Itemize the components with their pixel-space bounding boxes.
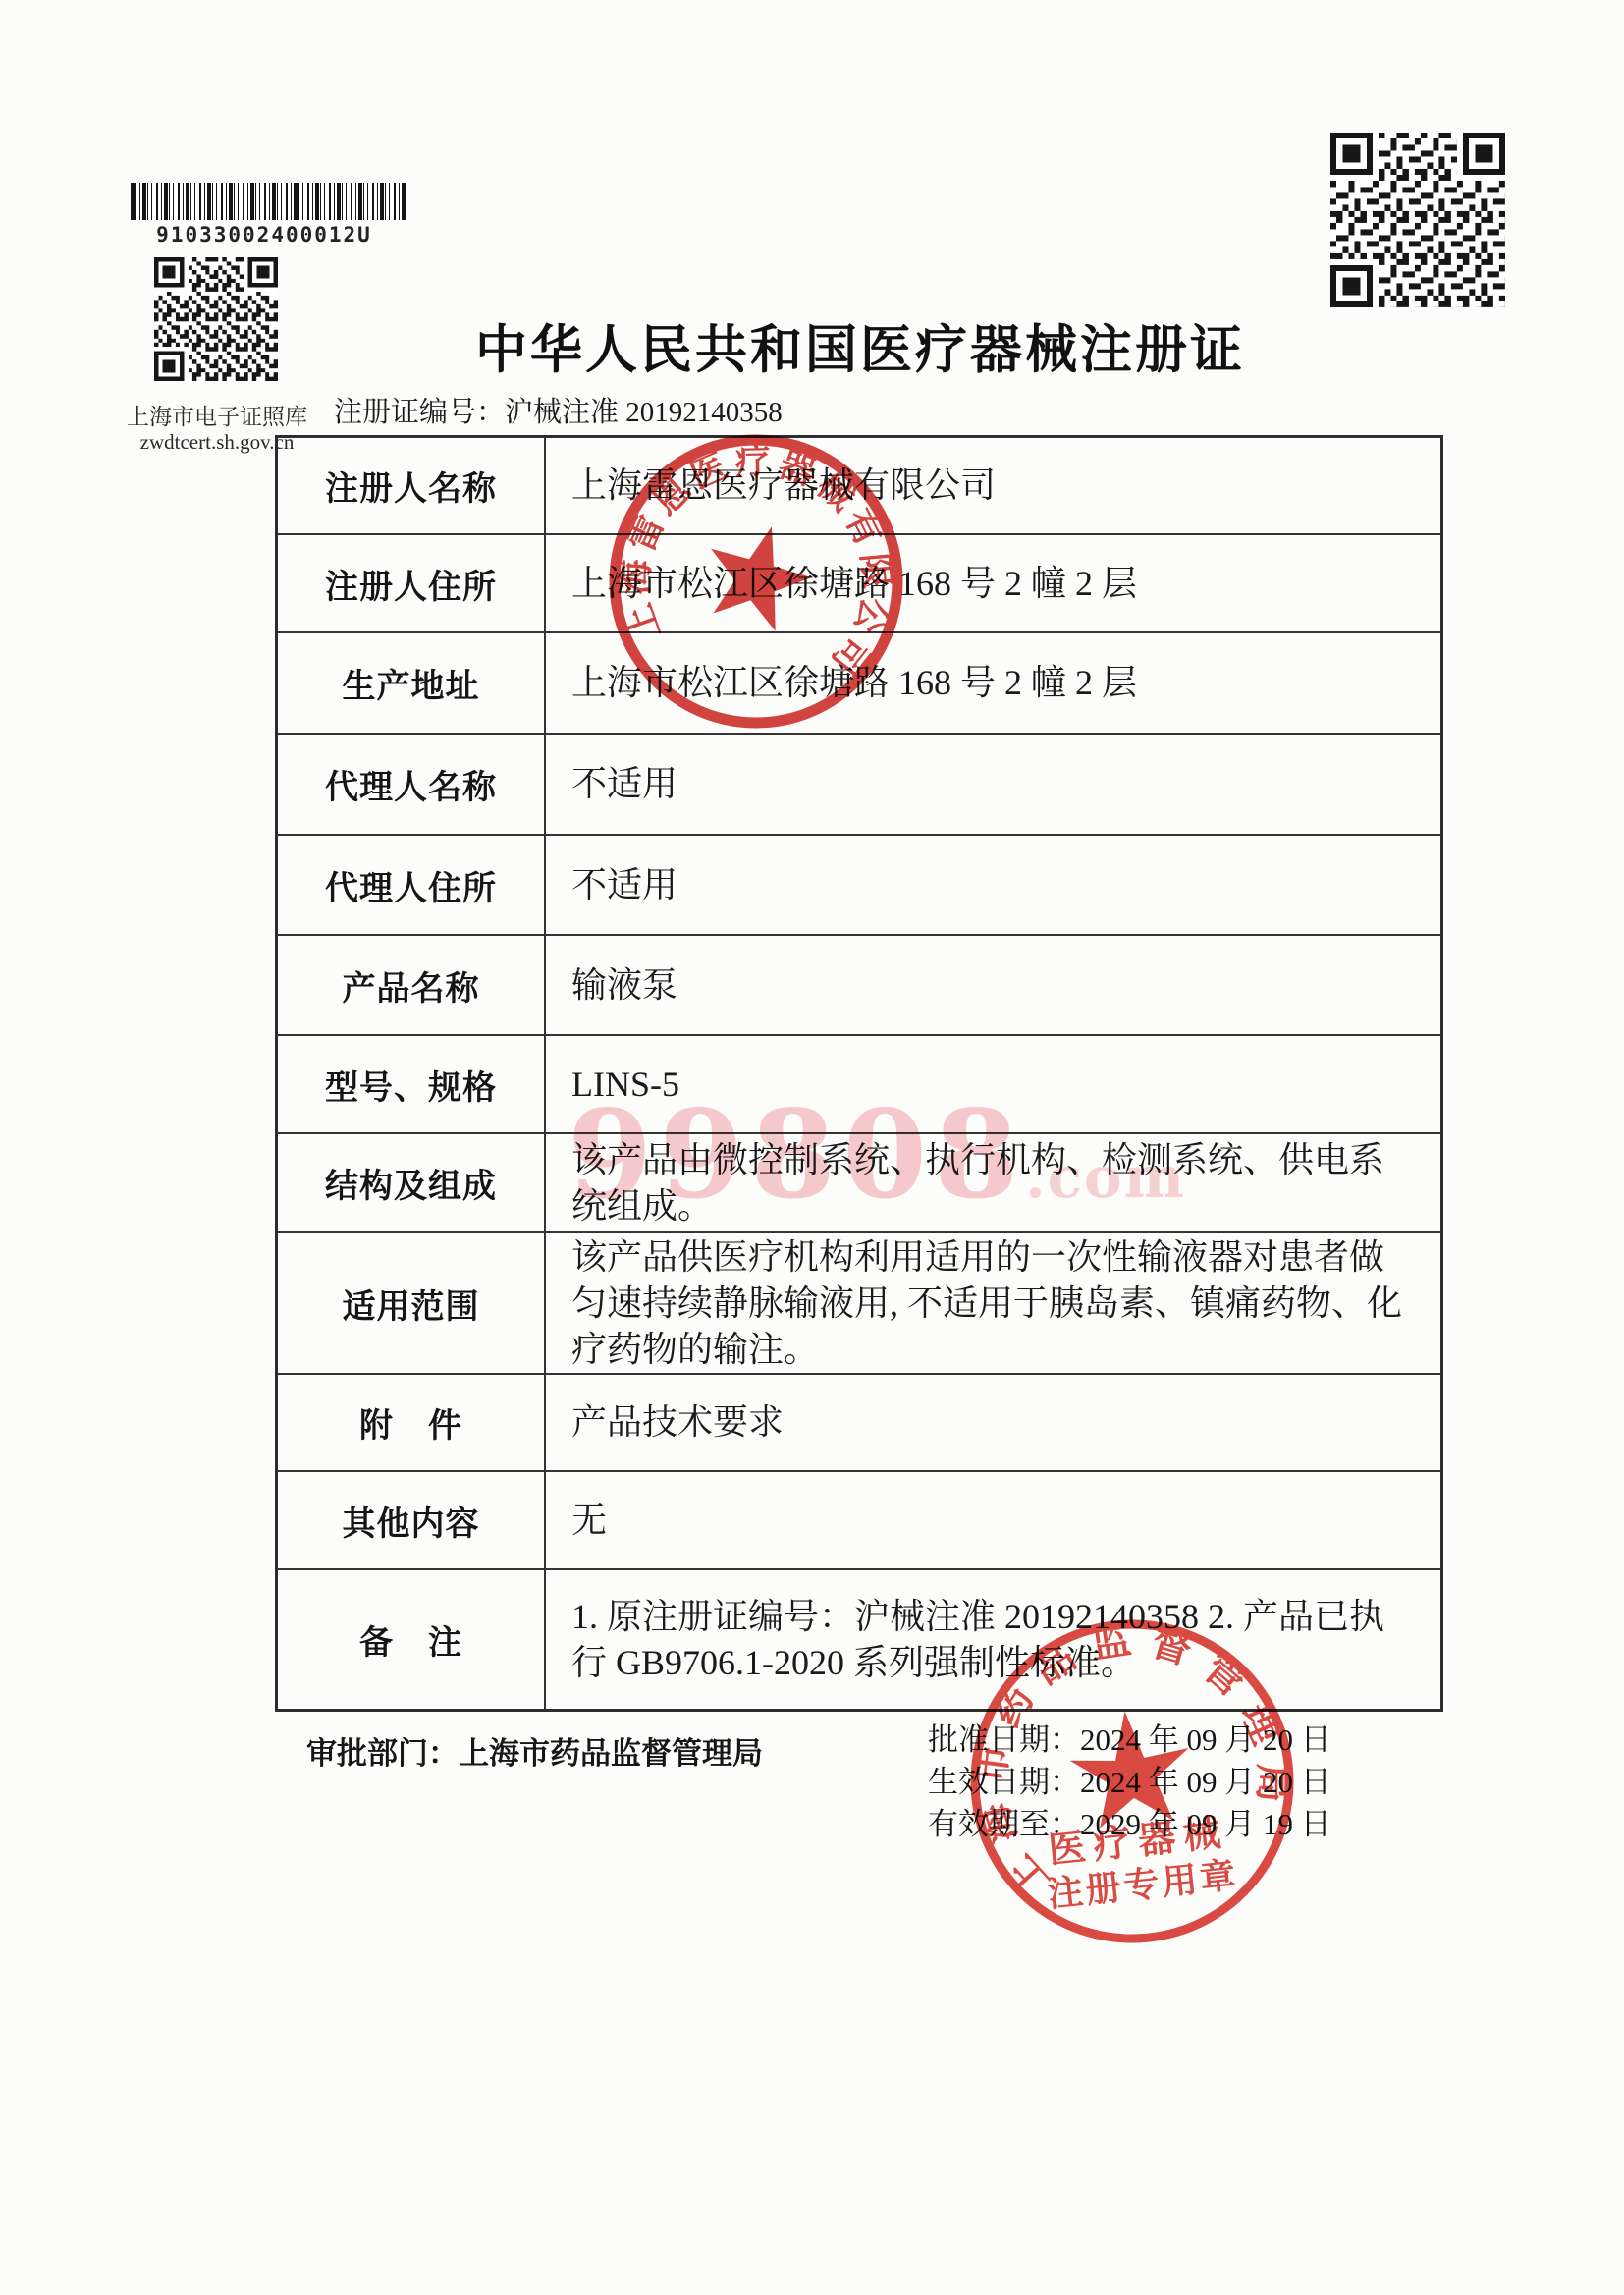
barcode-icon (131, 183, 406, 220)
row-label: 其他内容 (278, 1472, 546, 1568)
row-label: 注册人名称 (278, 438, 546, 533)
approval-department-line: 审批部门：上海市药品监督管理局 (306, 1728, 763, 1773)
row-label: 结构及组成 (278, 1134, 546, 1231)
authority-seal: 上海市药品监督管理局 医疗器械 注册专用章 (938, 1587, 1326, 1976)
row-label: 型号、规格 (278, 1036, 546, 1132)
row-value: 产品技术要求 (546, 1375, 1440, 1470)
barcode-number: 91033002400012U (121, 223, 407, 246)
row-label: 注册人住所 (278, 535, 546, 631)
approval-label: 审批部门： (306, 1736, 459, 1771)
certificate-number-label: 注册证编号： (334, 397, 505, 428)
star-icon (694, 513, 822, 637)
row-value: 该产品供医疗机构利用适用的一次性输液器对患者做匀速持续静脉输液用, 不适用于胰岛… (546, 1233, 1440, 1373)
row-label: 代理人住所 (278, 836, 546, 934)
certificate-page: 91033002400012U 上海市电子证照库 zwdtcert.sh.gov… (0, 0, 1624, 2295)
table-row: 产品名称输液泵 (278, 936, 1440, 1036)
watermark-text: 99808 (568, 1084, 1025, 1227)
row-label: 产品名称 (278, 936, 546, 1034)
row-label: 代理人名称 (278, 735, 546, 834)
approval-value: 上海市药品监督管理局 (459, 1736, 763, 1771)
row-label: 生产地址 (278, 633, 546, 733)
page-title: 中华人民共和国医疗器械注册证 (94, 308, 1624, 383)
qr-code-top-right-icon (1330, 133, 1505, 307)
star-icon (1065, 1705, 1196, 1831)
watermark-suffix: .com (1025, 1144, 1186, 1211)
table-row: 适用范围该产品供医疗机构利用适用的一次性输液器对患者做匀速持续静脉输液用, 不适… (278, 1233, 1440, 1375)
qr-caption-library: 上海市电子证照库 (119, 399, 315, 431)
table-row: 附 件产品技术要求 (278, 1375, 1440, 1472)
watermark: 99808.com (568, 1084, 1186, 1227)
row-value: 无 (546, 1472, 1440, 1568)
row-label: 附 件 (278, 1375, 546, 1470)
row-label: 适用范围 (278, 1233, 546, 1373)
table-row: 其他内容无 (278, 1472, 1440, 1570)
row-value: 不适用 (546, 836, 1440, 934)
row-value: 不适用 (546, 735, 1440, 834)
table-row: 代理人住所不适用 (278, 836, 1440, 936)
row-label: 备 注 (278, 1570, 546, 1709)
row-value: 输液泵 (546, 936, 1440, 1034)
